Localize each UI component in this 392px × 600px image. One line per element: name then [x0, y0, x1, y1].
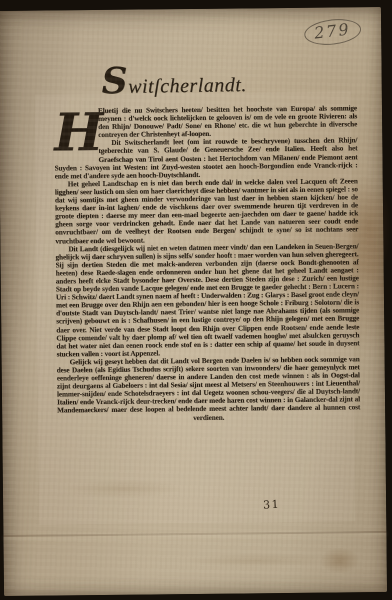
paragraph-1-text: Eluetij die nu Switschers heeten/ besitt…	[98, 104, 357, 139]
show-through-smudge	[184, 553, 334, 569]
ornate-initial-letter: H	[54, 108, 95, 162]
paper-sheet: 279 Switſcherlandt. HEluetij die nu Swit…	[0, 7, 387, 596]
paragraph-5: Gelijck wij geseyt hebben dat dit Landt …	[57, 355, 361, 423]
page-title: Switſcherlandt.	[0, 56, 366, 104]
printed-signature-number: 31	[263, 498, 281, 512]
stain-bottom-right	[320, 547, 360, 573]
handwritten-folio-number: 279	[303, 16, 362, 47]
page-crease	[3, 531, 386, 537]
paragraph-4: Dit Landt (diesgelijck wij niet en weten…	[55, 242, 359, 358]
text-block: HEluetij die nu Switschers heeten/ besit…	[54, 104, 360, 423]
stain-left-edge	[0, 151, 36, 371]
paragraph-1: HEluetij die nu Switschers heeten/ besit…	[54, 104, 357, 140]
photographed-book-page: { "document": { "handwritten_annotation"…	[0, 0, 392, 600]
paragraph-3: Het geheel Landtschap en is niet dan ber…	[55, 177, 359, 245]
